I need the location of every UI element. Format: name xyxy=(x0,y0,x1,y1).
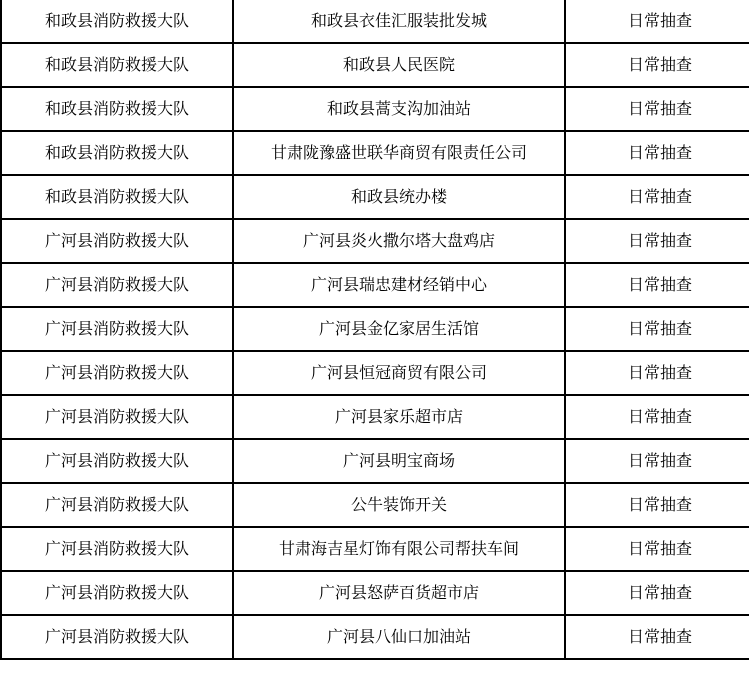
cell-unit: 广河县消防救援大队 xyxy=(1,483,233,527)
cell-target: 甘肃陇豫盛世联华商贸有限责任公司 xyxy=(233,131,565,175)
cell-type: 日常抽查 xyxy=(565,175,749,219)
cell-target: 广河县炎火撒尔塔大盘鸡店 xyxy=(233,219,565,263)
cell-target: 甘肃海吉星灯饰有限公司帮扶车间 xyxy=(233,527,565,571)
table-row: 广河县消防救援大队 甘肃海吉星灯饰有限公司帮扶车间 日常抽查 xyxy=(1,527,749,571)
inspection-table: 和政县消防救援大队 和政县衣佳汇服装批发城 日常抽查 和政县消防救援大队 和政县… xyxy=(0,0,749,660)
cell-unit: 广河县消防救援大队 xyxy=(1,527,233,571)
cell-target: 广河县明宝商场 xyxy=(233,439,565,483)
cell-unit: 广河县消防救援大队 xyxy=(1,439,233,483)
cell-unit: 广河县消防救援大队 xyxy=(1,219,233,263)
cell-unit: 广河县消防救援大队 xyxy=(1,307,233,351)
cell-target: 广河县八仙口加油站 xyxy=(233,615,565,659)
cell-target: 广河县家乐超市店 xyxy=(233,395,565,439)
cell-type: 日常抽查 xyxy=(565,527,749,571)
cell-target: 广河县怒萨百货超市店 xyxy=(233,571,565,615)
table-row: 广河县消防救援大队 广河县怒萨百货超市店 日常抽查 xyxy=(1,571,749,615)
table-row: 广河县消防救援大队 广河县金亿家居生活馆 日常抽查 xyxy=(1,307,749,351)
cell-unit: 广河县消防救援大队 xyxy=(1,395,233,439)
cell-target: 广河县瑞忠建材经销中心 xyxy=(233,263,565,307)
table-row: 广河县消防救援大队 广河县八仙口加油站 日常抽查 xyxy=(1,615,749,659)
cell-unit: 广河县消防救援大队 xyxy=(1,571,233,615)
table-row: 广河县消防救援大队 广河县瑞忠建材经销中心 日常抽查 xyxy=(1,263,749,307)
table-row: 广河县消防救援大队 广河县恒冠商贸有限公司 日常抽查 xyxy=(1,351,749,395)
cell-target: 和政县蒿支沟加油站 xyxy=(233,87,565,131)
cell-type: 日常抽查 xyxy=(565,439,749,483)
table-row: 和政县消防救援大队 和政县统办楼 日常抽查 xyxy=(1,175,749,219)
cell-unit: 和政县消防救援大队 xyxy=(1,175,233,219)
table-row: 和政县消防救援大队 和政县蒿支沟加油站 日常抽查 xyxy=(1,87,749,131)
cell-type: 日常抽查 xyxy=(565,615,749,659)
table-row: 广河县消防救援大队 广河县明宝商场 日常抽查 xyxy=(1,439,749,483)
cell-type: 日常抽查 xyxy=(565,351,749,395)
table-row: 和政县消防救援大队 和政县衣佳汇服装批发城 日常抽查 xyxy=(1,0,749,43)
table-row: 广河县消防救援大队 公牛装饰开关 日常抽查 xyxy=(1,483,749,527)
cell-type: 日常抽查 xyxy=(565,0,749,43)
cell-type: 日常抽查 xyxy=(565,395,749,439)
cell-unit: 广河县消防救援大队 xyxy=(1,263,233,307)
cell-unit: 和政县消防救援大队 xyxy=(1,0,233,43)
table-row: 广河县消防救援大队 广河县炎火撒尔塔大盘鸡店 日常抽查 xyxy=(1,219,749,263)
cell-type: 日常抽查 xyxy=(565,307,749,351)
cell-target: 公牛装饰开关 xyxy=(233,483,565,527)
cell-type: 日常抽查 xyxy=(565,483,749,527)
table-row: 和政县消防救援大队 甘肃陇豫盛世联华商贸有限责任公司 日常抽查 xyxy=(1,131,749,175)
table-body: 和政县消防救援大队 和政县衣佳汇服装批发城 日常抽查 和政县消防救援大队 和政县… xyxy=(1,0,749,659)
table-row: 和政县消防救援大队 和政县人民医院 日常抽查 xyxy=(1,43,749,87)
table-row: 广河县消防救援大队 广河县家乐超市店 日常抽查 xyxy=(1,395,749,439)
cell-type: 日常抽查 xyxy=(565,87,749,131)
cell-unit: 和政县消防救援大队 xyxy=(1,87,233,131)
cell-type: 日常抽查 xyxy=(565,571,749,615)
cell-type: 日常抽查 xyxy=(565,219,749,263)
cell-unit: 广河县消防救援大队 xyxy=(1,351,233,395)
cell-type: 日常抽查 xyxy=(565,43,749,87)
inspection-table-container: 和政县消防救援大队 和政县衣佳汇服装批发城 日常抽查 和政县消防救援大队 和政县… xyxy=(0,0,749,660)
cell-unit: 广河县消防救援大队 xyxy=(1,615,233,659)
cell-type: 日常抽查 xyxy=(565,131,749,175)
cell-unit: 和政县消防救援大队 xyxy=(1,43,233,87)
cell-target: 和政县统办楼 xyxy=(233,175,565,219)
cell-target: 广河县恒冠商贸有限公司 xyxy=(233,351,565,395)
cell-unit: 和政县消防救援大队 xyxy=(1,131,233,175)
cell-target: 和政县人民医院 xyxy=(233,43,565,87)
cell-type: 日常抽查 xyxy=(565,263,749,307)
cell-target: 和政县衣佳汇服装批发城 xyxy=(233,0,565,43)
cell-target: 广河县金亿家居生活馆 xyxy=(233,307,565,351)
